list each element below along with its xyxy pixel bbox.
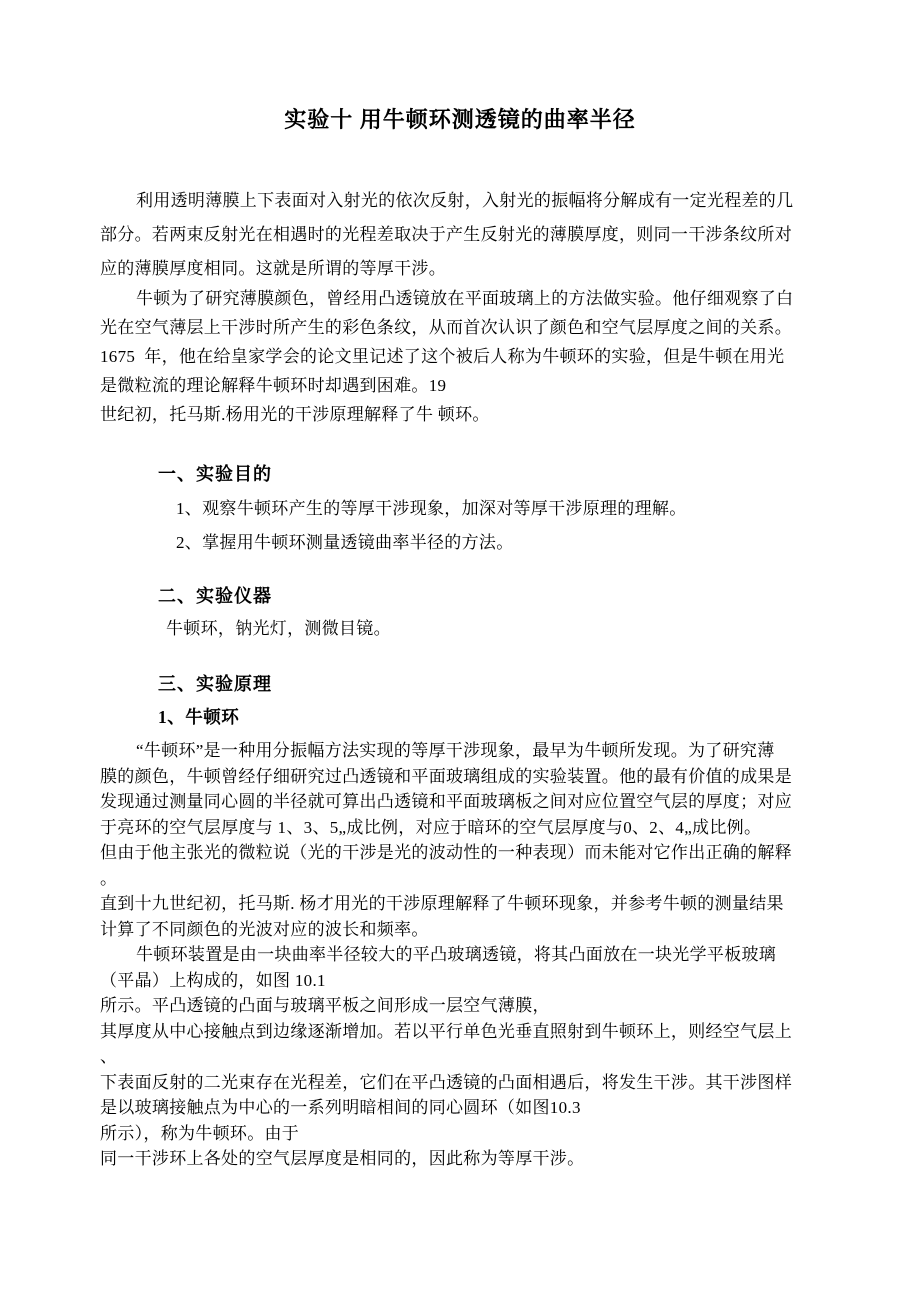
text-line: 但由于他主张光的微粒说（光的干涉是光的波动性的一种表现）而未能对它作出正确的解释 <box>100 840 860 866</box>
text-line: 牛顿为了研究薄膜颜色，曾经用凸透镜放在平面玻璃上的方法做实验。他仔细观察了白 <box>100 284 860 313</box>
text-line: “牛顿环”是一种用分振幅方法实现的等厚干涉现象，最早为牛顿所发现。为了研究薄 <box>100 738 860 764</box>
text-line: 其厚度从中心接触点到边缘逐渐增加。若以平行单色光垂直照射到牛顿环上，则经空气层上 <box>100 1019 860 1045</box>
list-item: 2、掌握用牛顿环测量透镜曲率半径的方法。 <box>176 526 920 560</box>
text-line: 于亮环的空气层厚度与 1、3、5„成比例，对应于暗环的空气层厚度与0、2、4„成… <box>100 815 860 841</box>
text-line: 计算了不同颜色的光波对应的波长和频率。 <box>100 917 860 943</box>
text-line: 1675 年，他在给皇家学会的论文里记述了这个被后人称为牛顿环的实验，但是牛顿在… <box>100 342 860 371</box>
apparatus-body: 牛顿环，钠光灯，测微目镜。 <box>166 614 391 639</box>
text-line: 。 <box>100 866 860 892</box>
page-title: 实验十 用牛顿环测透镜的曲率半径 <box>0 103 920 134</box>
text-line: 直到十九世纪初，托马斯. 杨才用光的干涉原理解释了牛顿环现象，并参考牛顿的测量结… <box>100 891 860 917</box>
intro-paragraph-1: 利用透明薄膜上下表面对入射光的依次反射，入射光的振幅将分解成有一定光程差的几 部… <box>100 184 860 286</box>
principle-paragraph-2: 牛顿环装置是由一块曲率半径较大的平凸玻璃透镜，将其凸面放在一块光学平板玻璃 （平… <box>100 942 860 1172</box>
section-heading-principle: 三、实验原理 <box>158 670 272 696</box>
intro-paragraph-2: 牛顿为了研究薄膜颜色，曾经用凸透镜放在平面玻璃上的方法做实验。他仔细观察了白 光… <box>100 284 860 429</box>
text-line: 膜的颜色，牛顿曾经仔细研究过凸透镜和平面玻璃组成的实验装置。他的最有价值的成果是 <box>100 764 860 790</box>
principle-paragraph-1: “牛顿环”是一种用分振幅方法实现的等厚干涉现象，最早为牛顿所发现。为了研究薄 膜… <box>100 738 860 942</box>
text-line: 部分。若两束反射光在相遇时的光程差取决于产生反射光的薄膜厚度，则同一干涉条纹所对 <box>100 218 860 252</box>
text-line: 、 <box>100 1044 860 1070</box>
purpose-item-list: 1、观察牛顿环产生的等厚干涉现象，加深对等厚干涉原理的理解。 2、掌握用牛顿环测… <box>176 492 920 560</box>
text-line: 是以玻璃接触点为中心的一系列明暗相间的同心圆环（如图10.3 <box>100 1095 860 1121</box>
section-heading-purpose: 一、实验目的 <box>158 460 272 486</box>
section-heading-apparatus: 二、实验仪器 <box>158 582 272 608</box>
text-line: 所示。平凸透镜的凸面与玻璃平板之间形成一层空气薄膜， <box>100 993 860 1019</box>
text-line: 利用透明薄膜上下表面对入射光的依次反射，入射光的振幅将分解成有一定光程差的几 <box>100 184 860 218</box>
text-line: 世纪初，托马斯.杨用光的干涉原理解释了牛 顿环。 <box>100 400 860 429</box>
list-item: 1、观察牛顿环产生的等厚干涉现象，加深对等厚干涉原理的理解。 <box>176 492 920 526</box>
text-line: 发现通过测量同心圆的半径就可算出凸透镜和平面玻璃板之间对应位置空气层的厚度；对应 <box>100 789 860 815</box>
text-line: 同一干涉环上各处的空气层厚度是相同的，因此称为等厚干涉。 <box>100 1146 860 1172</box>
document-page: 实验十 用牛顿环测透镜的曲率半径 利用透明薄膜上下表面对入射光的依次反射，入射光… <box>0 0 920 1302</box>
text-line: 下表面反射的二光束存在光程差，它们在平凸透镜的凸面相遇后，将发生干涉。其干涉图样 <box>100 1070 860 1096</box>
text-line: 光在空气薄层上干涉时所产生的彩色条纹，从而首次认识了颜色和空气层厚度之间的关系。 <box>100 313 860 342</box>
text-line: 应的薄膜厚度相同。这就是所谓的等厚干涉。 <box>100 252 860 286</box>
subsection-heading-newton-rings: 1、牛顿环 <box>158 704 239 729</box>
text-line: （平晶）上构成的，如图 10.1 <box>100 968 860 994</box>
text-line: 牛顿环装置是由一块曲率半径较大的平凸玻璃透镜，将其凸面放在一块光学平板玻璃 <box>100 942 860 968</box>
text-line: 所示），称为牛顿环。由于 <box>100 1121 860 1147</box>
text-line: 是微粒流的理论解释牛顿环时却遇到困难。19 <box>100 371 860 400</box>
